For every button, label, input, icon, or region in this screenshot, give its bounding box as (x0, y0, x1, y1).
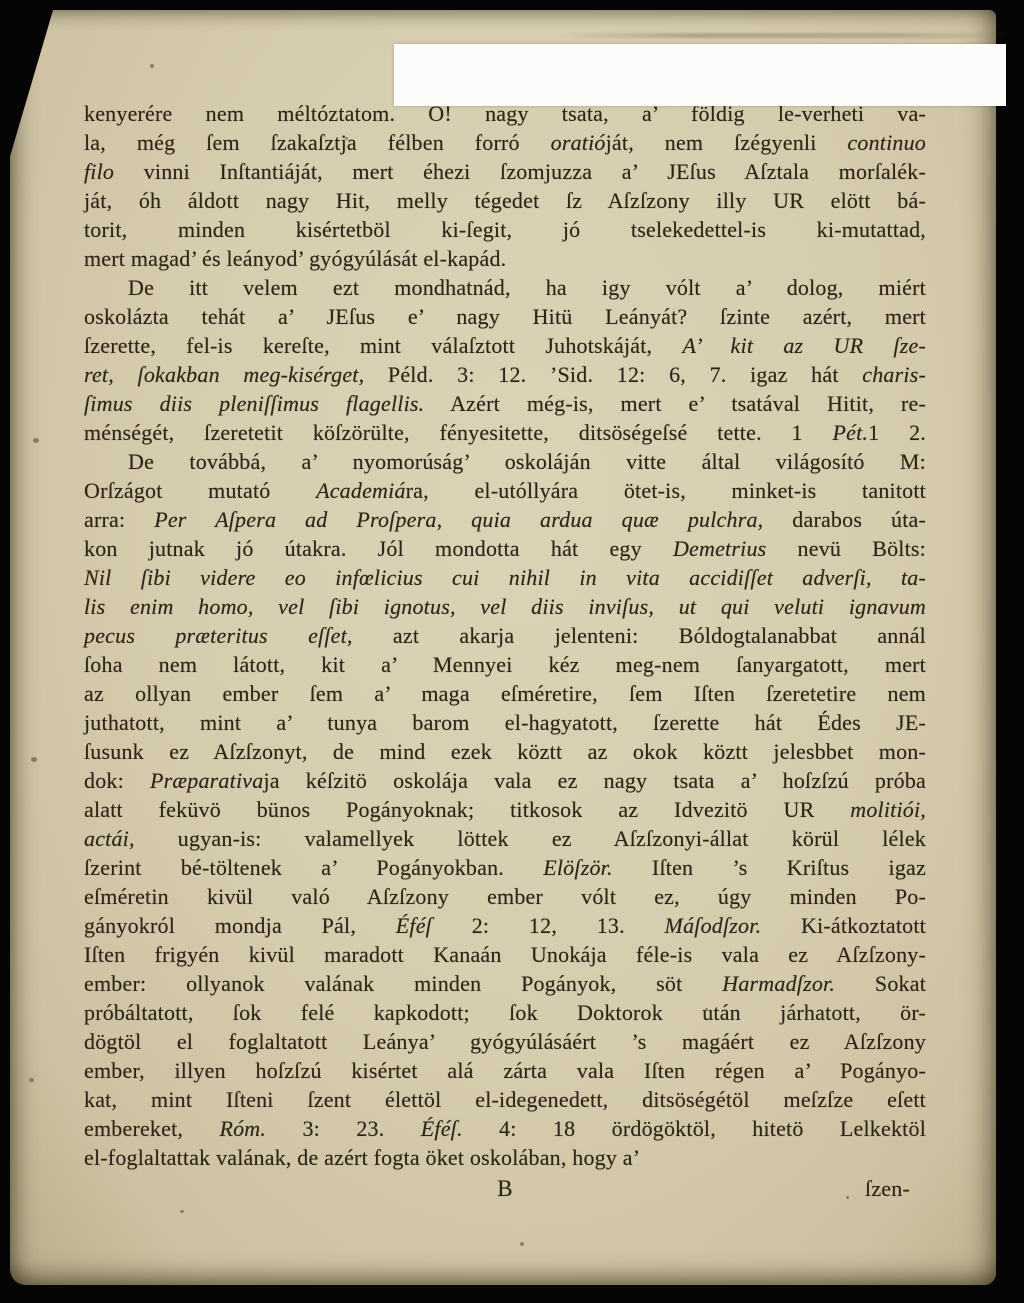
text-line: oskolázta tehát a’ JEſus e’ nagy Hitü Le… (84, 302, 926, 331)
text-line: mert magad’ és leányod’ gyógyúlását el-k… (84, 244, 926, 273)
text-line: gányokról mondja Pál, Éféſ 2: 12, 13. Má… (84, 911, 926, 940)
text-line: ember, illyen hoſzſzú kisértet alá zárta… (84, 1056, 926, 1085)
text-line: az ollyan ember ſem a’ maga eſméretire, … (84, 679, 926, 708)
text-line: la, még ſem ſzakaſztja félben forró orat… (84, 128, 926, 157)
text-line: ret, ſokakban meg-kisérget, Péld. 3: 12.… (84, 360, 926, 389)
text-line: embereket, Róm. 3: 23. Éféſ. 4: 18 ördög… (84, 1114, 926, 1143)
text-line: el-foglaltattak valának, de azért fogta … (84, 1143, 926, 1172)
text-line: ſzerint bé-töltenek a’ Pogányokban. Elöſ… (84, 853, 926, 882)
catchword: ſzen- (865, 1174, 910, 1203)
text-line: Orſzágot mutató Academiára, el-utóllyára… (84, 476, 926, 505)
text-line: Iſten frigyén kivül maradott Kanaán Unok… (84, 940, 926, 969)
paper-speck (150, 64, 154, 68)
paper-speck (31, 757, 37, 762)
text-lines: kenyerére nem méltóztatom. O! nagy tsata… (84, 99, 926, 1172)
text-line: lis enim homo, vel ſibi ignotus, vel dii… (84, 592, 926, 621)
text-line: arra: Per Aſpera ad Proſpera, quia ardua… (84, 505, 926, 534)
paper-speck (33, 438, 39, 443)
text-line: ménségét, ſzeretetit köſzörülte, fényesi… (84, 418, 926, 447)
text-line: kon jutnak jó útakra. Jól mondotta hát e… (84, 534, 926, 563)
text-line: ember: ollyanok valának minden Pogányok,… (84, 969, 926, 998)
paper-speck (29, 1078, 34, 1082)
page-text-block: kenyerére nem méltóztatom. O! nagy tsata… (84, 99, 926, 1204)
text-line: pecus præteritus eſſet, azt akarja jelen… (84, 621, 926, 650)
text-line: dok: Præparativaja kéſzitö oskolája vala… (84, 766, 926, 795)
text-line: alatt feküvö bünos Pogányoknak; titkosok… (84, 795, 926, 824)
text-line: eſméretin kivül való Aſzſzony ember vólt… (84, 882, 926, 911)
signature-mark: B (497, 1174, 513, 1203)
signature-row: B ſzen- (84, 1174, 926, 1204)
paper-crease (558, 33, 1008, 38)
text-line: actái, ugyan-is: valamellyek löttek ez A… (84, 824, 926, 853)
text-line: ſoha nem látott, kit a’ Mennyei kéz meg-… (84, 650, 926, 679)
text-line: filo vinni Inſtantiáját, mert éhezi ſzom… (84, 157, 926, 186)
text-line: torit, minden kisértetböl ki-ſegit, jó t… (84, 215, 926, 244)
text-line: De továbbá, a’ nyomorúság’ oskoláján vit… (84, 447, 926, 476)
text-line: ſimus diis pleniſſimus flagellis. Azért … (84, 389, 926, 418)
text-line: ját, óh áldott nagy Hit, melly tégedet ſ… (84, 186, 926, 215)
paper-speck (520, 1242, 524, 1246)
text-line: Nil ſibi videre eo infœlicius cui nihil … (84, 563, 926, 592)
text-line: juthatott, mint a’ tunya barom el-hagyat… (84, 708, 926, 737)
redaction-box (394, 44, 1006, 106)
text-line: dögtöl el foglaltatott Leánya’ gyógyúlás… (84, 1027, 926, 1056)
text-line: De itt velem ezt mondhatnád, ha igy vólt… (84, 273, 926, 302)
text-line: ſzerette, fel-is kereſte, mint válaſztot… (84, 331, 926, 360)
text-line: kat, mint Iſteni ſzent élettöl el-idegen… (84, 1085, 926, 1114)
text-line: próbáltatott, ſok felé kapkodott; ſok Do… (84, 998, 926, 1027)
text-line: ſusunk ez Aſzſzonyt, de mind ezek köztt … (84, 737, 926, 766)
paper-speck (180, 1210, 184, 1213)
